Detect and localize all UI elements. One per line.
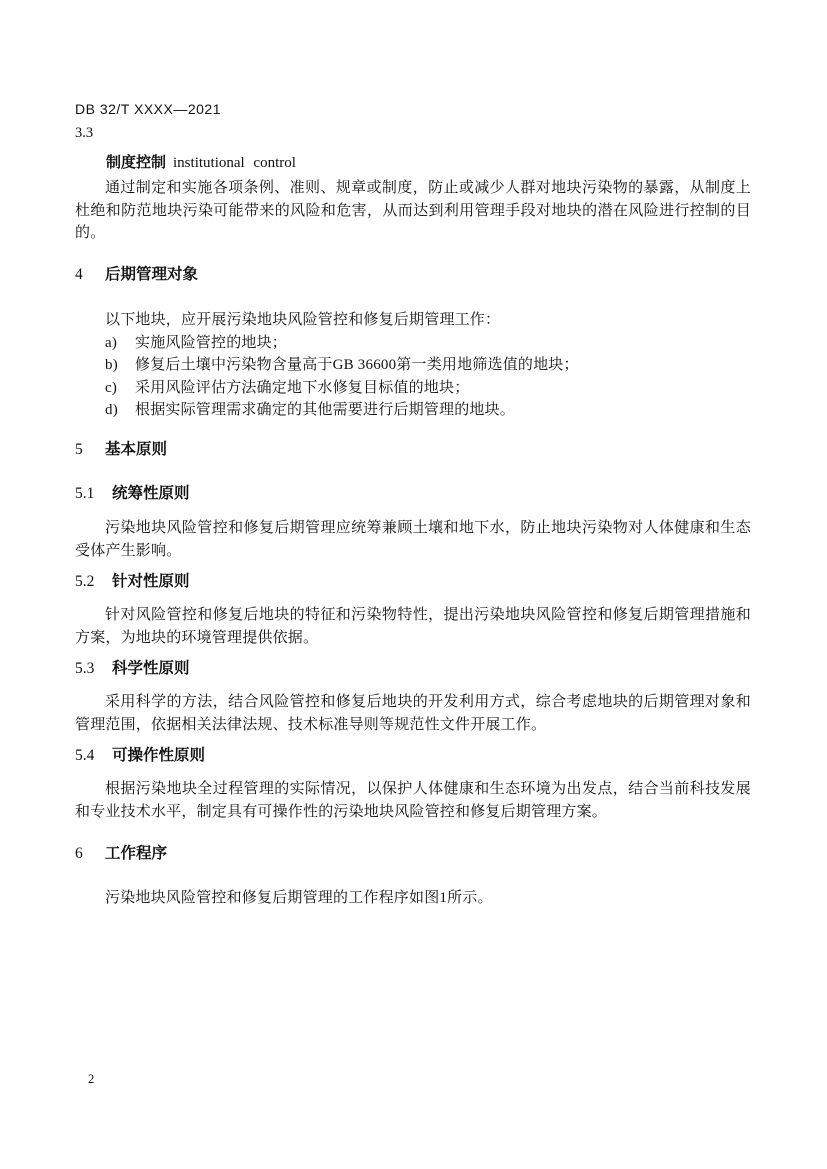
list-item: c) 采用风险评估方法确定地下水修复目标值的地块；	[75, 377, 751, 399]
section-5-4-title: 可操作性原则	[112, 747, 205, 764]
section-5-number: 5	[75, 440, 105, 460]
section-4-number: 4	[75, 265, 105, 285]
section-5-2-paragraph: 针对风险管控和修复后地块的特征和污染物特性，提出污染地块风险管控和修复后期管理措…	[75, 604, 751, 649]
section-6-heading: 6工作程序	[75, 844, 751, 864]
list-item-marker: d)	[105, 399, 135, 421]
section-5-1-paragraph: 污染地块风险管控和修复后期管理应统筹兼顾土壤和地下水，防止地块污染物对人体健康和…	[75, 517, 751, 562]
section-6-number: 6	[75, 844, 105, 864]
section-4-title: 后期管理对象	[105, 266, 198, 283]
section-4-intro: 以下地块，应开展污染地块风险管控和修复后期管理工作：	[75, 309, 751, 331]
section-5-4-paragraph: 根据污染地块全过程管理的实际情况，以保护人体健康和生态环境为出发点，结合当前科技…	[75, 778, 751, 823]
section-6-title: 工作程序	[105, 845, 167, 862]
clause-3-3-number: 3.3	[75, 124, 751, 142]
section-5-1-number: 5.1	[75, 484, 112, 504]
section-5-heading: 5基本原则	[75, 440, 751, 460]
section-5-4-heading: 5.4可操作性原则	[75, 746, 751, 766]
section-5-1-heading: 5.1统筹性原则	[75, 484, 751, 504]
section-5-3-paragraph: 采用科学的方法，结合风险管控和修复后地块的开发利用方式，综合考虑地块的后期管理对…	[75, 691, 751, 736]
section-5-3-heading: 5.3科学性原则	[75, 659, 751, 679]
term-english: institutional control	[173, 155, 296, 171]
list-item-text: 采用风险评估方法确定地下水修复目标值的地块；	[135, 377, 751, 399]
list-item-text: 实施风险管控的地块；	[135, 332, 751, 354]
list-item: b) 修复后土壤中污染物含量高于GB 36600第一类用地筛选值的地块；	[75, 354, 751, 376]
section-5-2-title: 针对性原则	[112, 573, 190, 590]
section-4-list: a) 实施风险管控的地块； b) 修复后土壤中污染物含量高于GB 36600第一…	[75, 332, 751, 422]
section-5-1-title: 统筹性原则	[112, 485, 190, 502]
page-number: 2	[88, 1071, 94, 1087]
list-item-marker: a)	[105, 332, 135, 354]
section-5-3-title: 科学性原则	[112, 660, 190, 677]
clause-3-3-definition: 通过制定和实施各项条例、准则、规章或制度，防止或减少人群对地块污染物的暴露，从制…	[75, 177, 751, 245]
section-5-4-number: 5.4	[75, 746, 112, 766]
document-header: DB 32/T XXXX—2021	[75, 100, 751, 118]
clause-3-3-term: 制度控制institutional control	[75, 153, 782, 173]
list-item-text: 修复后土壤中污染物含量高于GB 36600第一类用地筛选值的地块；	[135, 354, 751, 376]
section-6-paragraph: 污染地块风险管控和修复后期管理的工作程序如图1所示。	[75, 887, 751, 909]
section-5-title: 基本原则	[105, 441, 167, 458]
list-item: a) 实施风险管控的地块；	[75, 332, 751, 354]
list-item: d) 根据实际管理需求确定的其他需要进行后期管理的地块。	[75, 399, 751, 421]
list-item-marker: c)	[105, 377, 135, 399]
term-chinese: 制度控制	[106, 154, 166, 171]
list-item-text: 根据实际管理需求确定的其他需要进行后期管理的地块。	[135, 399, 751, 421]
section-5-2-heading: 5.2针对性原则	[75, 572, 751, 592]
document-page: DB 32/T XXXX—2021 3.3 制度控制institutional …	[0, 0, 827, 1169]
section-5-2-number: 5.2	[75, 572, 112, 592]
list-item-marker: b)	[105, 354, 135, 376]
section-4-heading: 4后期管理对象	[75, 265, 751, 285]
section-5-3-number: 5.3	[75, 659, 112, 679]
